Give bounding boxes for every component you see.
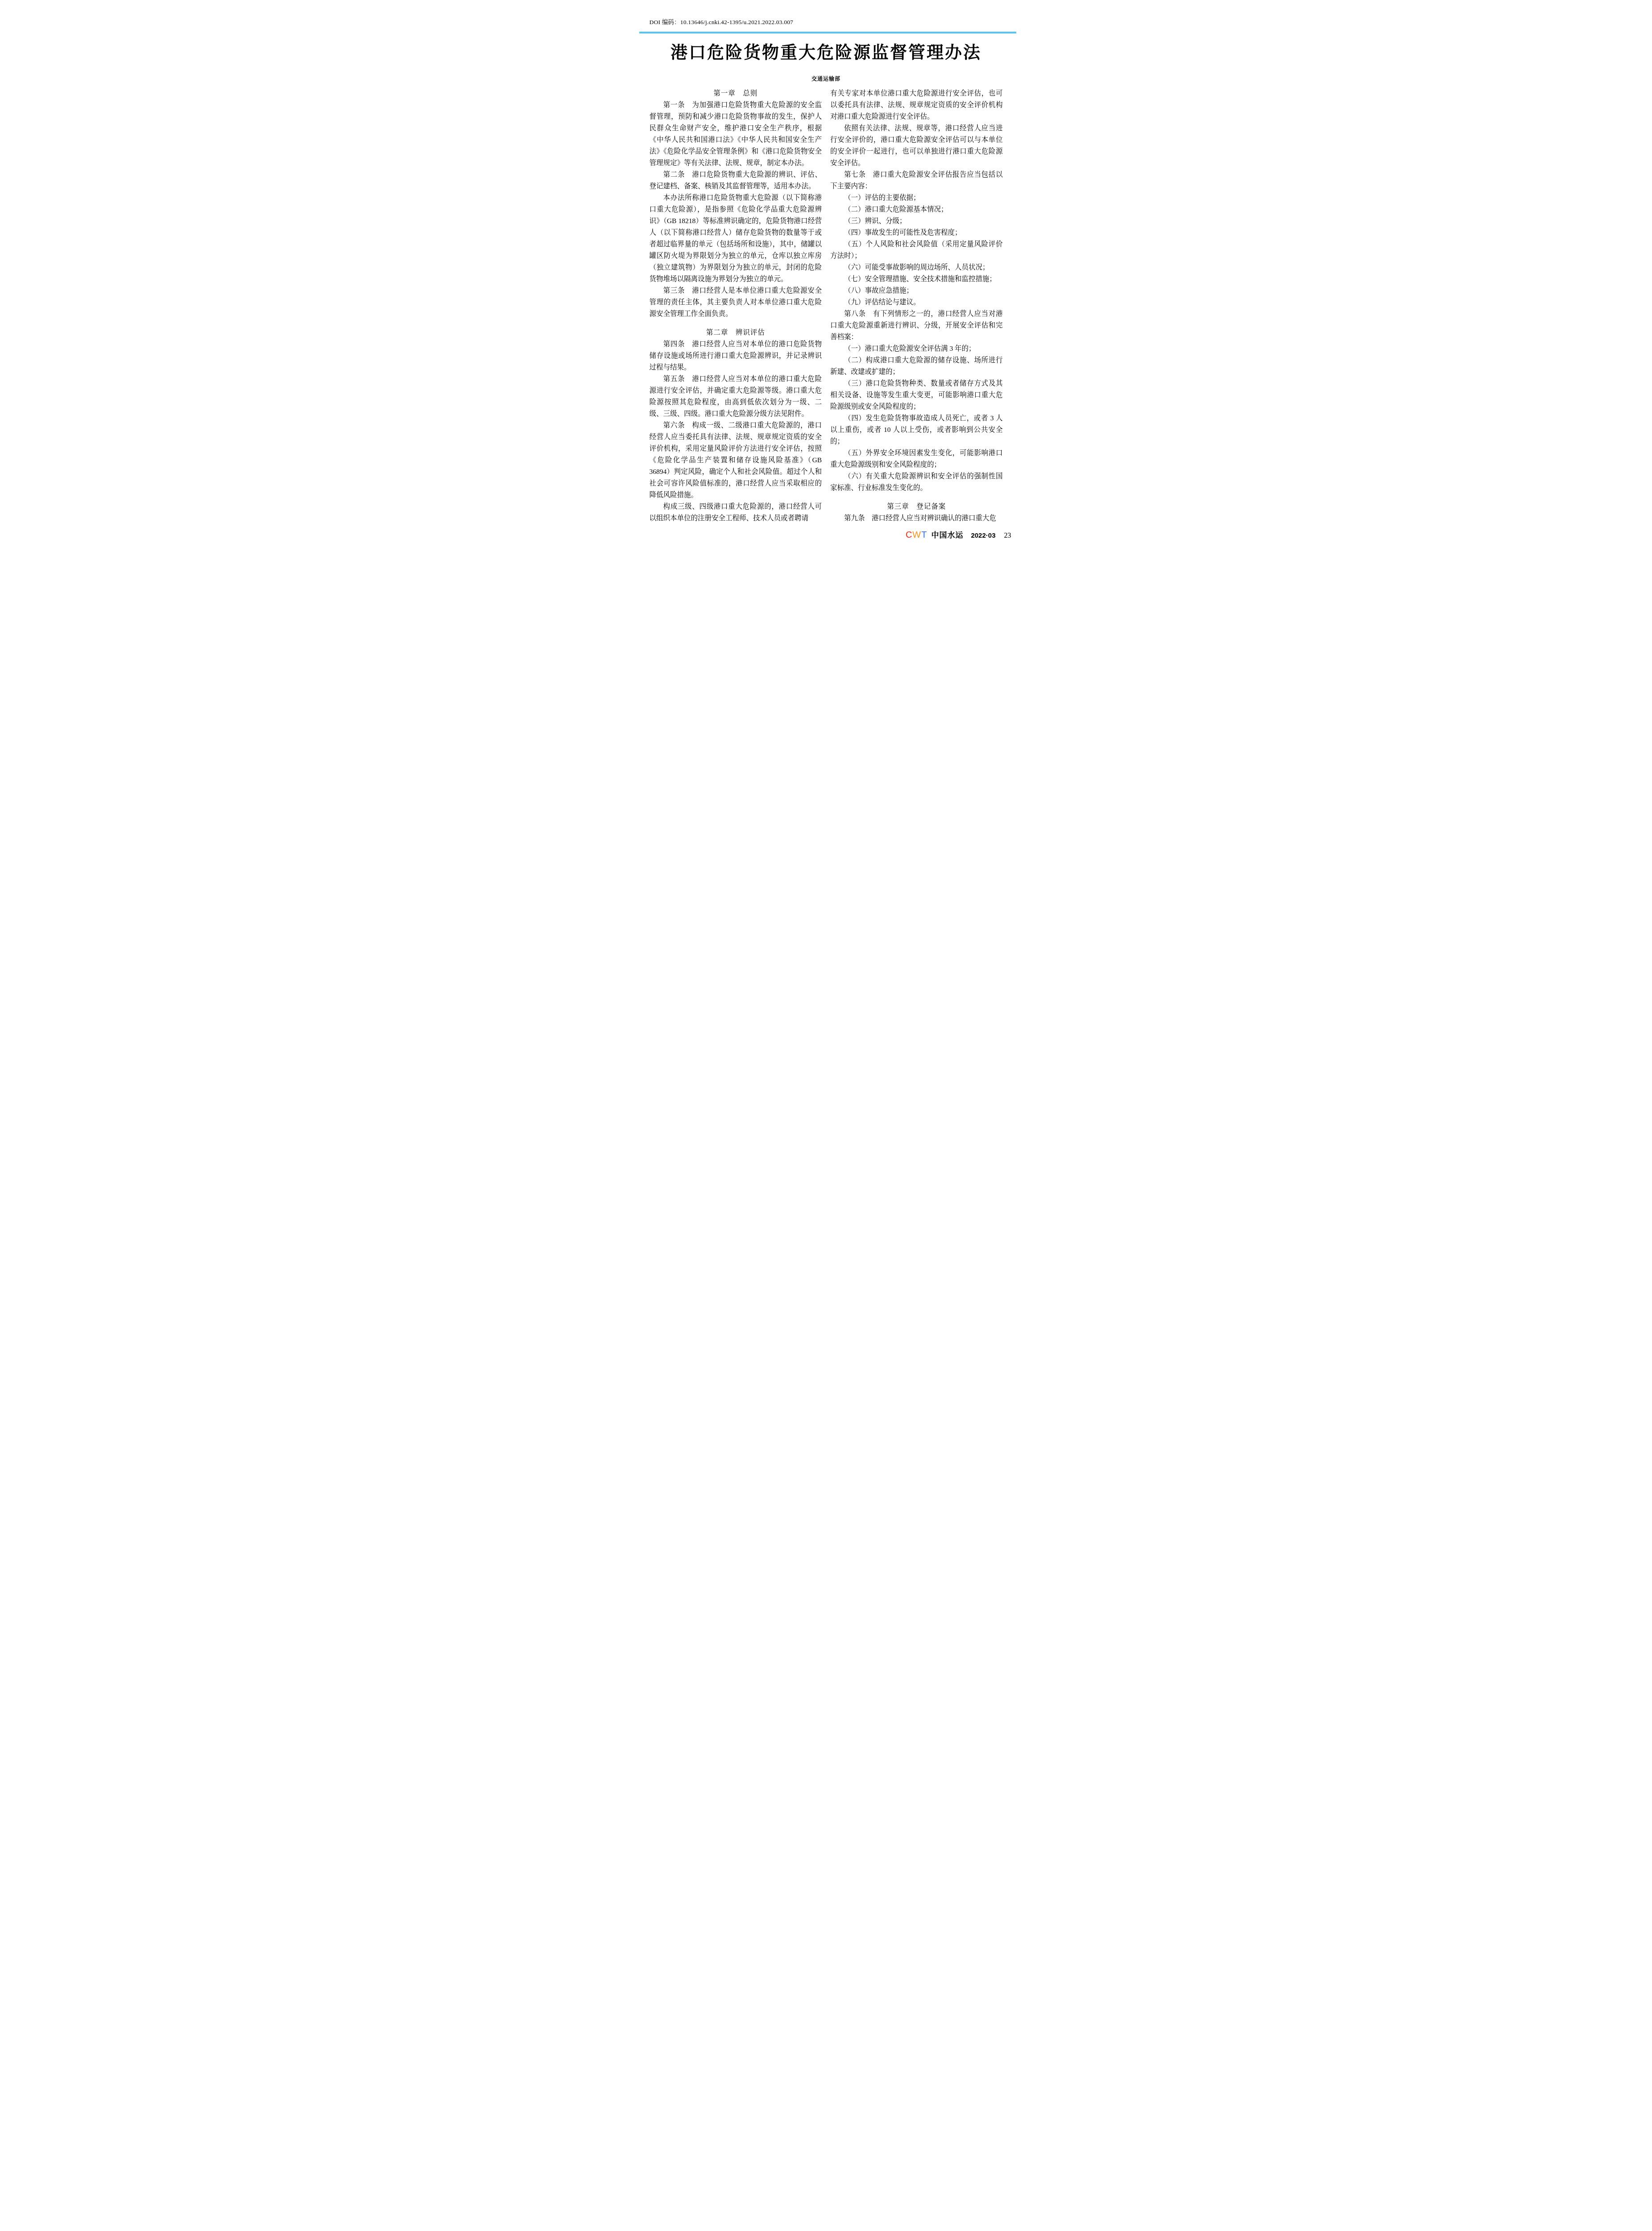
chapter-heading: 第二章 辨识评估 <box>650 327 822 339</box>
body-paragraph: （四）事故发生的可能性及危害程度； <box>830 227 1003 239</box>
body-paragraph: （二）港口重大危险源基本情况； <box>830 204 1003 216</box>
chapter-heading: 第一章 总则 <box>650 88 822 100</box>
body-paragraph: 第九条 港口经营人应当对辨识确认的港口重大危 <box>830 513 1003 524</box>
logo-letter-t: T <box>921 530 927 540</box>
author-line: 交通运输部 <box>620 75 1033 83</box>
right-column: 有关专家对本单位港口重大危险源进行安全评估，也可以委托具有法律、法规、规章规定资… <box>830 88 1003 524</box>
body-paragraph: 依照有关法律、法规、规章等，港口经营人应当进行安全评价的，港口重大危险源安全评估… <box>830 123 1003 169</box>
left-column: 第一章 总则第一条 为加强港口危险货物重大危险源的安全监督管理，预防和减少港口危… <box>650 88 822 524</box>
logo-letter-w: W <box>912 530 921 540</box>
article-body: 第一章 总则第一条 为加强港口危险货物重大危险源的安全监督管理，预防和减少港口危… <box>650 88 1003 524</box>
doi-line: DOI 编码：10.13646/j.cnki.42-1395/u.2021.20… <box>650 17 794 26</box>
body-paragraph: （三）港口危险货物种类、数量或者储存方式及其相关设备、设施等发生重大变更，可能影… <box>830 378 1003 413</box>
body-paragraph: 第四条 港口经营人应当对本单位的港口危险货物储存设施或场所进行港口重大危险源辨识… <box>650 339 822 373</box>
page-footer: CWT 中国水运 2022·03 23 <box>906 529 1011 540</box>
header-divider-bar <box>639 32 1016 33</box>
body-paragraph: （六）有关重大危险源辨识和安全评估的强制性国家标准、行业标准发生变化的。 <box>830 471 1003 494</box>
body-paragraph: 构成三级、四级港口重大危险源的，港口经营人可以组织本单位的注册安全工程师、技术人… <box>650 501 822 524</box>
body-paragraph: （八）事故应急措施； <box>830 285 1003 297</box>
logo-letter-c: C <box>906 530 912 540</box>
body-paragraph: （一）港口重大危险源安全评估满 3 年的； <box>830 343 1003 355</box>
issue-label: 2022·03 <box>971 532 995 539</box>
body-paragraph: （五）外界安全环境因素发生变化，可能影响港口重大危险源级别和安全风险程度的； <box>830 448 1003 471</box>
body-paragraph: 第五条 港口经营人应当对本单位的港口重大危险源进行安全评估，并确定重大危险源等级… <box>650 373 822 420</box>
journal-name: 中国水运 <box>931 529 963 540</box>
body-paragraph: 第七条 港口重大危险源安全评估报告应当包括以下主要内容： <box>830 169 1003 192</box>
body-paragraph: 第二条 港口危险货物重大危险源的辨识、评估、登记建档、备案、核销及其监督管理等，… <box>650 169 822 192</box>
journal-logo: CWT <box>906 530 927 540</box>
body-paragraph: （三）辨识、分级； <box>830 216 1003 227</box>
body-paragraph: （六）可能受事故影响的周边场所、人员状况； <box>830 262 1003 274</box>
body-paragraph: 本办法所称港口危险货物重大危险源（以下简称港口重大危险源），是指参照《危险化学品… <box>650 192 822 285</box>
body-paragraph: （五）个人风险和社会风险值（采用定量风险评价方法时）； <box>830 239 1003 262</box>
body-paragraph: 有关专家对本单位港口重大危险源进行安全评估，也可以委托具有法律、法规、规章规定资… <box>830 88 1003 123</box>
body-paragraph: （九）评估结论与建议。 <box>830 297 1003 308</box>
body-paragraph: （一）评估的主要依据； <box>830 192 1003 204</box>
body-paragraph: （二）构成港口重大危险源的储存设施、场所进行新建、改建或扩建的； <box>830 355 1003 378</box>
body-paragraph: 第三条 港口经营人是本单位港口重大危险源安全管理的责任主体，其主要负责人对本单位… <box>650 285 822 320</box>
page-number: 23 <box>1004 532 1011 540</box>
body-paragraph: 第一条 为加强港口危险货物重大危险源的安全监督管理，预防和减少港口危险货物事故的… <box>650 100 822 169</box>
document-title: 港口危险货物重大危险源监督管理办法 <box>620 38 1033 63</box>
body-paragraph: （四）发生危险货物事故造成人员死亡，或者 3 人以上重伤，或者 10 人以上受伤… <box>830 413 1003 448</box>
document-page: DOI 编码：10.13646/j.cnki.42-1395/u.2021.20… <box>620 0 1033 561</box>
body-paragraph: （七）安全管理措施、安全技术措施和监控措施； <box>830 274 1003 285</box>
body-paragraph: 第六条 构成一级、二级港口重大危险源的，港口经营人应当委托具有法律、法规、规章规… <box>650 420 822 501</box>
chapter-heading: 第三章 登记备案 <box>830 501 1003 513</box>
body-paragraph: 第八条 有下列情形之一的，港口经营人应当对港口重大危险源重新进行辨识、分级，开展… <box>830 308 1003 343</box>
